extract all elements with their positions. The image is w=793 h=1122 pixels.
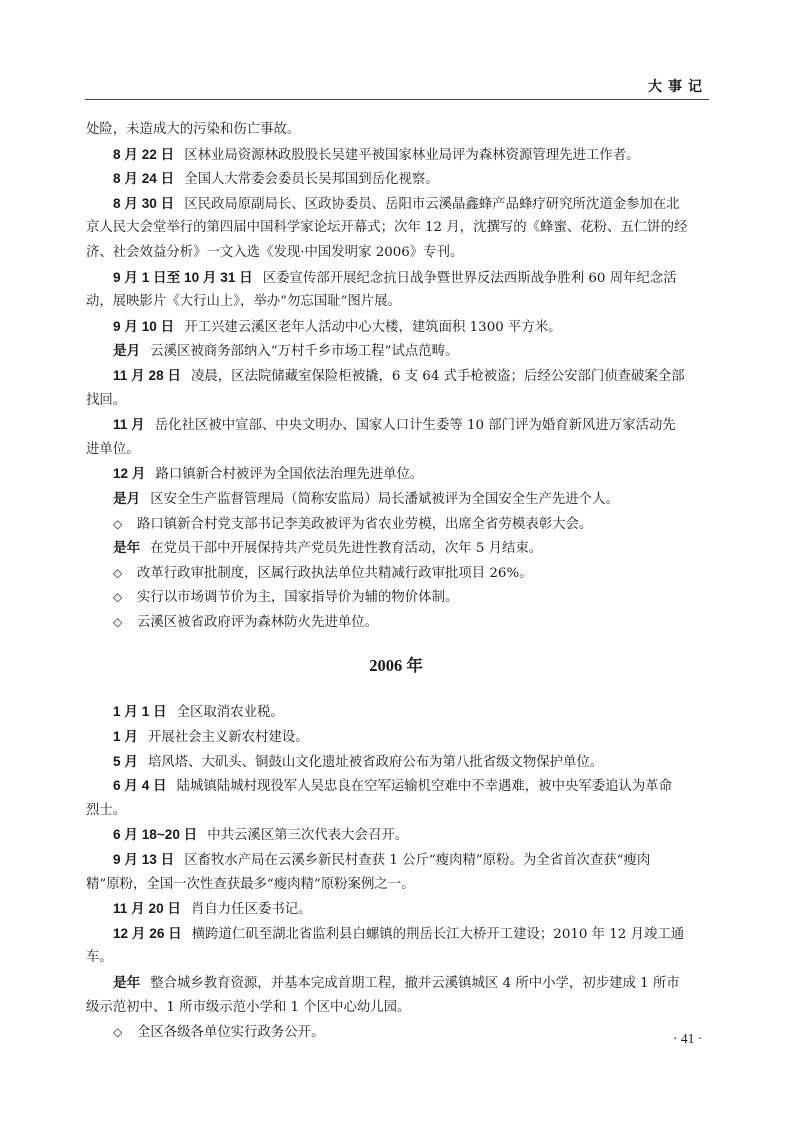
entry-text: 区民政局原副局长、区政协委员、岳阳市云溪晶鑫蜂产品蜂疗研究所沈道金参加在北 bbox=[184, 197, 679, 212]
chronicle-bullet-entry: ◇云溪区被省政府评为森林防火先进单位。 bbox=[86, 610, 708, 635]
chronicle-entry: 12 月 26 日横跨道仁矶至湖北省监利县白螺镇的荆岳长江大桥开工建设；2010… bbox=[86, 922, 708, 947]
entry-date: 6 月 4 日 bbox=[113, 778, 167, 793]
chronicle-continuation: 级示范初中、1 所市级示范小学和 1 个区中心幼儿园。 bbox=[86, 996, 708, 1021]
chronicle-entry: 1 月 1 日全区取消农业税。 bbox=[86, 700, 708, 725]
entry-date: 是月 bbox=[113, 343, 140, 358]
entry-date: 1 月 bbox=[113, 729, 138, 744]
section-2005-continued: 处险，未造成大的污染和伤亡事故。8 月 22 日区林业局资源林政股股长吴建平被国… bbox=[86, 118, 708, 634]
entry-text: 区安全生产监督管理局（简称安监局）局长潘斌被评为全国安全生产先进个人。 bbox=[150, 492, 619, 507]
entry-text: 区畜牧水产局在云溪乡新民村查获 1 公斤“瘦肉精”原粉。为全省首次查获“瘦肉 bbox=[184, 853, 650, 868]
chronicle-entry: 8 月 24 日全国人大常委会委员长吴邦国到岳化视察。 bbox=[86, 167, 708, 192]
entry-text: 肖自力任区委书记。 bbox=[191, 902, 312, 917]
entry-text: 岳化社区被中宣部、中央文明办、国家人口计生委等 10 部门评为婚育新风进万家活动… bbox=[155, 418, 676, 433]
chronicle-entry: 6 月 18~20 日中共云溪区第三次代表大会召开。 bbox=[86, 823, 708, 848]
chronicle-entry: 是月区安全生产监督管理局（简称安监局）局长潘斌被评为全国安全生产先进个人。 bbox=[86, 487, 708, 512]
entry-date: 是年 bbox=[113, 975, 140, 990]
entry-text: 实行以市场调节价为主，国家指导价为辅的物价体制。 bbox=[137, 590, 458, 605]
running-head-title: 大事记 bbox=[648, 76, 708, 96]
entry-text: 全区各级各单位实行政务公开。 bbox=[137, 1025, 324, 1040]
entry-date: 1 月 1 日 bbox=[113, 704, 167, 719]
diamond-bullet-icon: ◇ bbox=[113, 610, 137, 635]
entry-text: 中共云溪区第三次代表大会召开。 bbox=[207, 828, 408, 843]
entry-text: 开工兴建云溪区老年人活动中心大楼，建筑面积 1300 平方米。 bbox=[184, 320, 561, 335]
entry-text: 全区取消农业税。 bbox=[177, 705, 284, 720]
entry-date: 8 月 22 日 bbox=[113, 147, 174, 162]
chronicle-continuation: 动，展映影片《大行山上》，举办“勿忘国耻”图片展。 bbox=[86, 290, 708, 315]
chronicle-bullet-entry: ◇全区各级各单位实行政务公开。 bbox=[86, 1020, 708, 1045]
diamond-bullet-icon: ◇ bbox=[113, 585, 137, 610]
header-rule bbox=[85, 99, 709, 100]
chronicle-entry: 1 月开展社会主义新农村建设。 bbox=[86, 725, 708, 750]
entry-text: 车。 bbox=[86, 950, 113, 965]
entry-text: 烈士。 bbox=[86, 803, 126, 818]
chronicle-bullet-entry: ◇改革行政审批制度，区属行政执法单位共精减行政审批项目 26%。 bbox=[86, 561, 708, 586]
entry-date: 12 月 bbox=[113, 466, 146, 481]
chronicle-entry: 是年整合城乡教育资源，并基本完成首期工程，撤并云溪镇城区 4 所中小学，初步建成… bbox=[86, 971, 708, 996]
entry-date: 12 月 26 日 bbox=[113, 926, 182, 941]
entry-text: 改革行政审批制度，区属行政执法单位共精减行政审批项目 26%。 bbox=[137, 566, 533, 581]
chronicle-entry: 8 月 22 日区林业局资源林政股股长吴建平被国家林业局评为森林资源管理先进工作… bbox=[86, 143, 708, 168]
chronicle-entry: 11 月 20 日肖自力任区委书记。 bbox=[86, 897, 708, 922]
chronicle-entry: 5 月培风塔、大矶头、铜鼓山文化遗址被省政府公布为第八批省级文物保护单位。 bbox=[86, 750, 708, 775]
entry-text: 济、社会效益分析》一文入选《发现·中国发明家 2006》专刊。 bbox=[86, 245, 463, 260]
diamond-bullet-icon: ◇ bbox=[113, 1020, 137, 1045]
entry-text: 陆城镇陆城村现役军人吴忠良在空军运输机空难中不幸遇难，被中央军委追认为革命 bbox=[177, 779, 672, 794]
chronicle-continuation: 济、社会效益分析》一文入选《发现·中国发明家 2006》专刊。 bbox=[86, 241, 708, 266]
entry-text: 处险，未造成大的污染和伤亡事故。 bbox=[86, 122, 300, 137]
entry-text: 区林业局资源林政股股长吴建平被国家林业局评为森林资源管理先进工作者。 bbox=[184, 148, 639, 163]
entry-text: 精”原粉，全国一次性查获最多“瘦肉精”原粉案例之一。 bbox=[86, 877, 415, 892]
chronicle-entry: 9 月 13 日区畜牧水产局在云溪乡新民村查获 1 公斤“瘦肉精”原粉。为全省首… bbox=[86, 848, 708, 873]
section-2006: 1 月 1 日全区取消农业税。1 月开展社会主义新农村建设。5 月培风塔、大矶头… bbox=[86, 700, 708, 1044]
chronicle-continuation: 精”原粉，全国一次性查获最多“瘦肉精”原粉案例之一。 bbox=[86, 873, 708, 898]
entry-text: 全国人大常委会委员长吴邦国到岳化视察。 bbox=[184, 172, 438, 187]
chronicle-continuation: 京人民大会堂举行的第四届中国科学家论坛开幕式；次年 12 月，沈撰写的《蜂蜜、花… bbox=[86, 216, 708, 241]
entry-text: 凌晨，区法院储藏室保险柜被撬，6 支 64 式手枪被盗；后经公安部门侦查破案全部 bbox=[191, 369, 685, 384]
chronicle-entry: 是月云溪区被商务部纳入“万村千乡市场工程”试点范畴。 bbox=[86, 339, 708, 364]
entry-date: 是年 bbox=[113, 540, 140, 555]
entry-text: 培风塔、大矶头、铜鼓山文化遗址被省政府公布为第八批省级文物保护单位。 bbox=[148, 755, 603, 770]
entry-text: 进单位。 bbox=[86, 442, 140, 457]
chronicle-continuation: 进单位。 bbox=[86, 438, 708, 463]
entry-text: 京人民大会堂举行的第四届中国科学家论坛开幕式；次年 12 月，沈撰写的《蜂蜜、花… bbox=[86, 220, 687, 235]
chronicle-entry: 12 月路口镇新合村被评为全国依法治理先进单位。 bbox=[86, 462, 708, 487]
entry-date: 6 月 18~20 日 bbox=[113, 827, 197, 842]
entry-text: 区委宣传部开展纪念抗日战争暨世界反法西斯战争胜利 60 周年纪念活 bbox=[263, 271, 677, 286]
chronicle-entry: 9 月 1 日至 10 月 31 日区委宣传部开展纪念抗日战争暨世界反法西斯战争… bbox=[86, 266, 708, 291]
chronicle-continuation: 找回。 bbox=[86, 389, 708, 414]
entry-date: 9 月 1 日至 10 月 31 日 bbox=[113, 270, 253, 285]
entry-text: 云溪区被省政府评为森林防火先进单位。 bbox=[137, 615, 378, 630]
chronicle-continuation: 处险，未造成大的污染和伤亡事故。 bbox=[86, 118, 708, 143]
entry-text: 路口镇新合村被评为全国依法治理先进单位。 bbox=[156, 467, 424, 482]
entry-date: 9 月 13 日 bbox=[113, 852, 174, 867]
entry-text: 在党员干部中开展保持共产党员先进性教育活动，次年 5 月结束。 bbox=[150, 541, 542, 556]
chronicle-continuation: 车。 bbox=[86, 946, 708, 971]
diamond-bullet-icon: ◇ bbox=[113, 561, 137, 586]
chronicle-entry: 11 月岳化社区被中宣部、中央文明办、国家人口计生委等 10 部门评为婚育新风进… bbox=[86, 413, 708, 438]
entry-text: 开展社会主义新农村建设。 bbox=[148, 730, 309, 745]
entry-date: 11 月 bbox=[113, 417, 145, 432]
entry-date: 8 月 30 日 bbox=[113, 196, 174, 211]
page-number: · 41 · bbox=[673, 1031, 702, 1047]
chronicle-entry: 9 月 10 日开工兴建云溪区老年人活动中心大楼，建筑面积 1300 平方米。 bbox=[86, 315, 708, 340]
entry-date: 9 月 10 日 bbox=[113, 319, 174, 334]
entry-date: 5 月 bbox=[113, 754, 138, 769]
entry-text: 云溪区被商务部纳入“万村千乡市场工程”试点范畴。 bbox=[150, 344, 458, 359]
chronicle-entry: 8 月 30 日区民政局原副局长、区政协委员、岳阳市云溪晶鑫蜂产品蜂疗研究所沈道… bbox=[86, 192, 708, 217]
entry-date: 8 月 24 日 bbox=[113, 171, 174, 186]
diamond-bullet-icon: ◇ bbox=[113, 512, 137, 537]
entry-text: 动，展映影片《大行山上》，举办“勿忘国耻”图片展。 bbox=[86, 294, 401, 309]
entry-text: 级示范初中、1 所市级示范小学和 1 个区中心幼儿园。 bbox=[86, 1000, 410, 1015]
page-body: 处险，未造成大的污染和伤亡事故。8 月 22 日区林业局资源林政股股长吴建平被国… bbox=[86, 118, 708, 1045]
entry-text: 找回。 bbox=[86, 393, 126, 408]
chronicle-entry: 6 月 4 日陆城镇陆城村现役军人吴忠良在空军运输机空难中不幸遇难，被中央军委追… bbox=[86, 774, 708, 799]
chronicle-continuation: 烈士。 bbox=[86, 799, 708, 824]
chronicle-bullet-entry: ◇路口镇新合村党支部书记李美政被评为省农业劳模，出席全省劳模表彰大会。 bbox=[86, 512, 708, 537]
entry-date: 11 月 20 日 bbox=[113, 901, 181, 916]
entry-date: 11 月 28 日 bbox=[113, 368, 181, 383]
chronicle-entry: 11 月 28 日凌晨，区法院储藏室保险柜被撬，6 支 64 式手枪被盗；后经公… bbox=[86, 364, 708, 389]
entry-text: 整合城乡教育资源，并基本完成首期工程，撤并云溪镇城区 4 所中小学，初步建成 1… bbox=[150, 976, 680, 991]
entry-text: 横跨道仁矶至湖北省监利县白螺镇的荆岳长江大桥开工建设；2010 年 12 月竣工… bbox=[192, 927, 684, 942]
entry-text: 路口镇新合村党支部书记李美政被评为省农业劳模，出席全省劳模表彰大会。 bbox=[137, 517, 592, 532]
chronicle-entry: 是年在党员干部中开展保持共产党员先进性教育活动，次年 5 月结束。 bbox=[86, 536, 708, 561]
year-heading-2006: 2006 年 bbox=[84, 654, 708, 678]
chronicle-bullet-entry: ◇实行以市场调节价为主，国家指导价为辅的物价体制。 bbox=[86, 585, 708, 610]
entry-date: 是月 bbox=[113, 491, 140, 506]
